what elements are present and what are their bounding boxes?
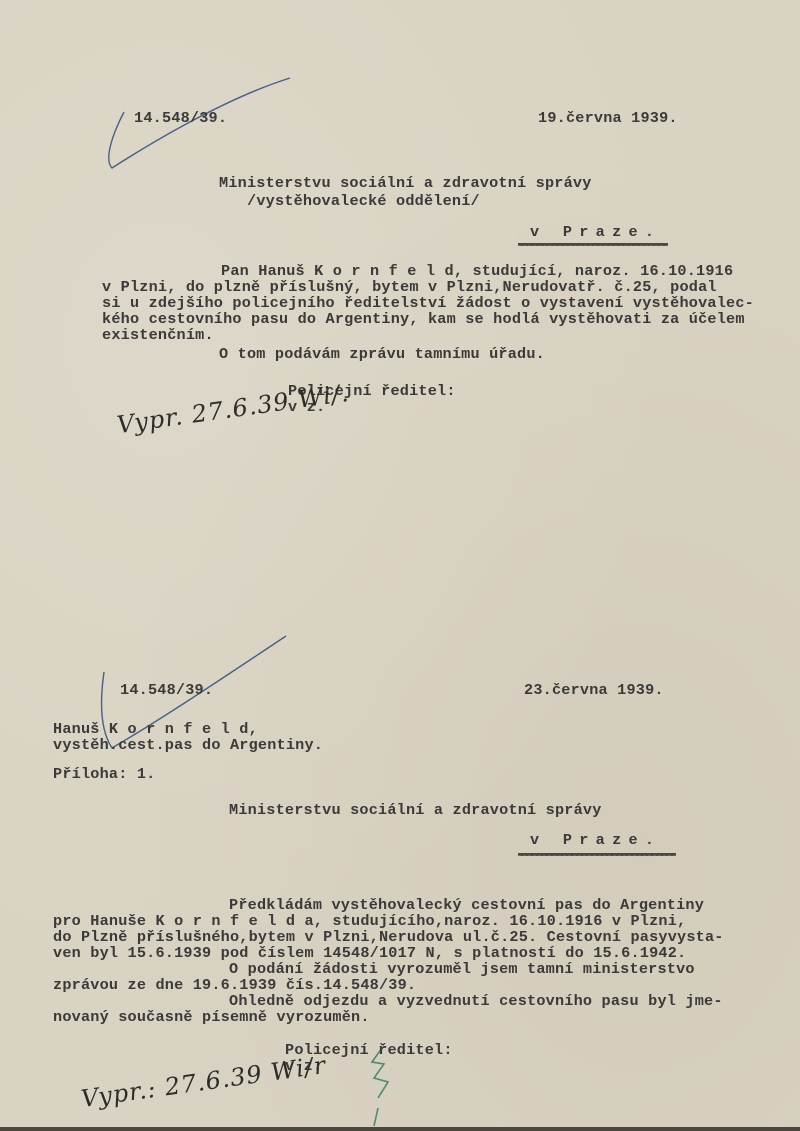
letter2-addressee-line1: Ministerstvu sociální a zdravotní správy: [229, 802, 602, 818]
letter1-body-line: existenčním.: [102, 327, 214, 343]
letter2-attachment: Příloha: 1.: [53, 766, 155, 782]
letter2-body-line: zprávou ze dne 19.6.1939 čís.14.548/39.: [53, 977, 416, 993]
letter1-body-line: kého cestovního pasu do Argentiny, kam s…: [102, 311, 745, 327]
letter1-body-line: v Plzni, do plzně příslušný, bytem v Plz…: [102, 279, 717, 295]
letter2-body-line: pro Hanuše K o r n f e l d a, studujícíh…: [53, 913, 686, 929]
letter2-city-underline: [518, 853, 676, 856]
letter2-date: 23.června 1939.: [524, 682, 664, 698]
letter1-ref-number: 14.548/39.: [134, 110, 227, 126]
letter2-subject-line2: vystěh.cest.pas do Argentiny.: [53, 737, 323, 753]
page-bottom-edge: [0, 1127, 800, 1131]
letter2-subject-line1: Hanuš K o r n f e l d,: [53, 721, 258, 737]
letter2-body-line: ven byl 15.6.1939 pod číslem 14548/1017 …: [53, 945, 686, 961]
letter1-city-underline: [518, 243, 668, 246]
letter2-addressee-city: v Praze.: [530, 832, 661, 848]
letter1-body-line: Pan Hanuš K o r n f e l d, studující, na…: [221, 263, 733, 279]
letter2-body-line: novaný současně písemně vyrozuměn.: [53, 1009, 370, 1025]
letter1-body-line: si u zdejšího policejního ředitelství žá…: [102, 295, 754, 311]
letter2-body-line: do Plzně příslušného,bytem v Plzni,Nerud…: [53, 929, 724, 945]
letter1-addressee-city: v Praze.: [530, 224, 661, 240]
letter2-body-line: Ohledně odjezdu a vyzvednutí cestovního …: [229, 993, 723, 1009]
letter1-body-line: O tom podávám zprávu tamnímu úřadu.: [219, 346, 545, 362]
letter2-body-line: O podání žádosti vyrozuměl jsem tamní mi…: [229, 961, 695, 977]
letter1-addressee-line1: Ministerstvu sociální a zdravotní správy: [219, 175, 592, 191]
letter1-date: 19.června 1939.: [538, 110, 678, 126]
letter1-addressee-line2: /vystěhovalecké oddělení/: [247, 193, 480, 209]
letter2-ref-number: 14.548/39.: [120, 682, 213, 698]
letter2-body-line: Předkládám vystěhovalecký cestovní pas d…: [229, 897, 704, 913]
